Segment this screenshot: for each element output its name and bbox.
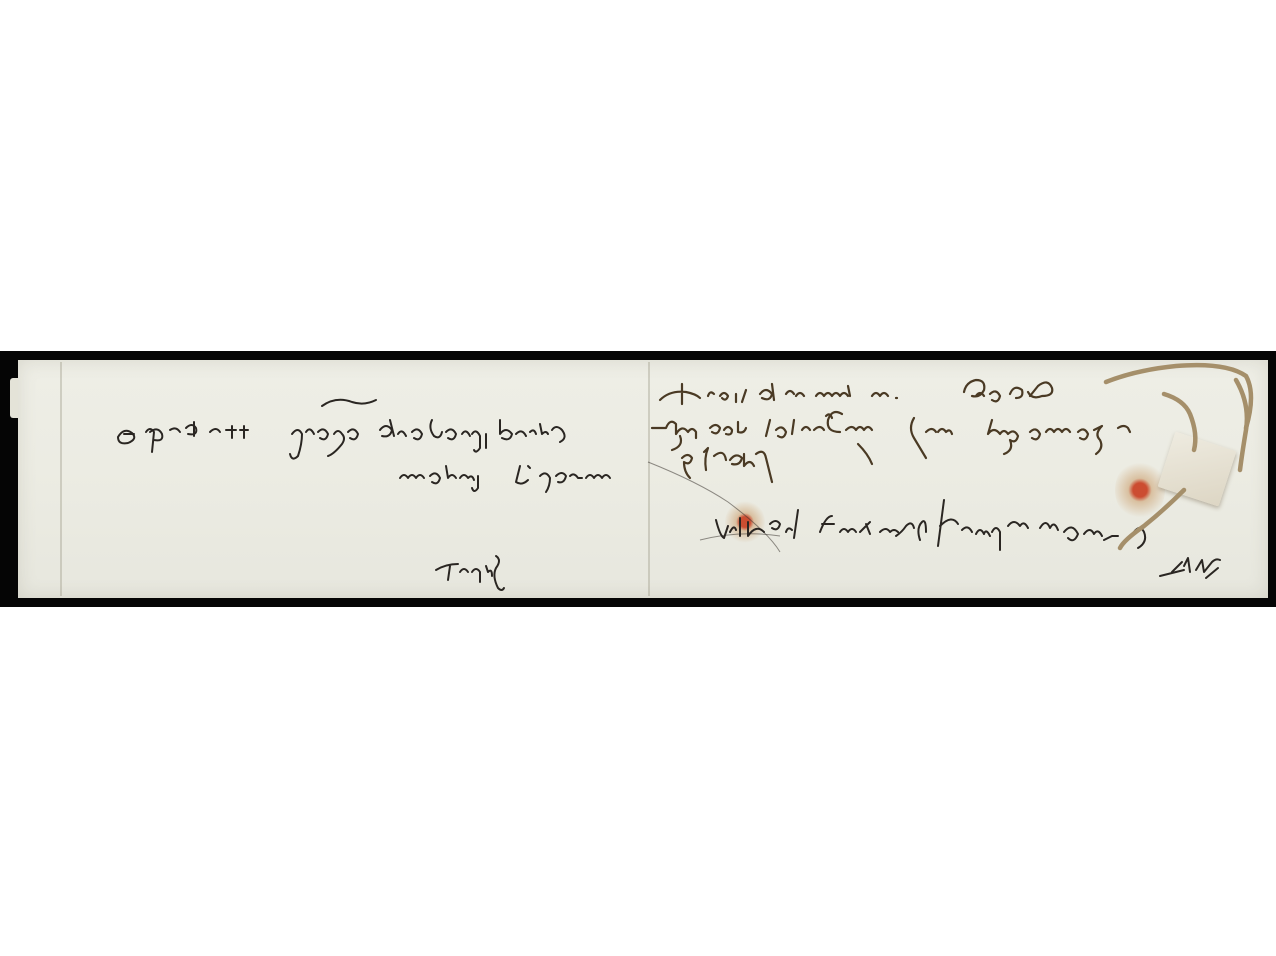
docket-text: Trepl. (436, 560, 478, 576)
wax-stain-2 (1115, 460, 1165, 520)
letter-cover (18, 360, 1268, 598)
address-line-1: Spectabili viro gregorio domino Iohanni … (118, 420, 465, 436)
fold-line-left (60, 362, 62, 596)
fold-line-center (648, 362, 650, 596)
note-line-2: ... dal ... ... ... (652, 416, 745, 432)
signature-line: ... ... ... fauborg ... (716, 516, 843, 532)
corner-mark: ... (1160, 560, 1173, 576)
note-line-3: ... ... (682, 450, 713, 466)
address-line-2: Matthei Lipari... (400, 466, 516, 482)
note-line-1: + 1511 adi 23 marzo in Napoli (660, 382, 878, 398)
